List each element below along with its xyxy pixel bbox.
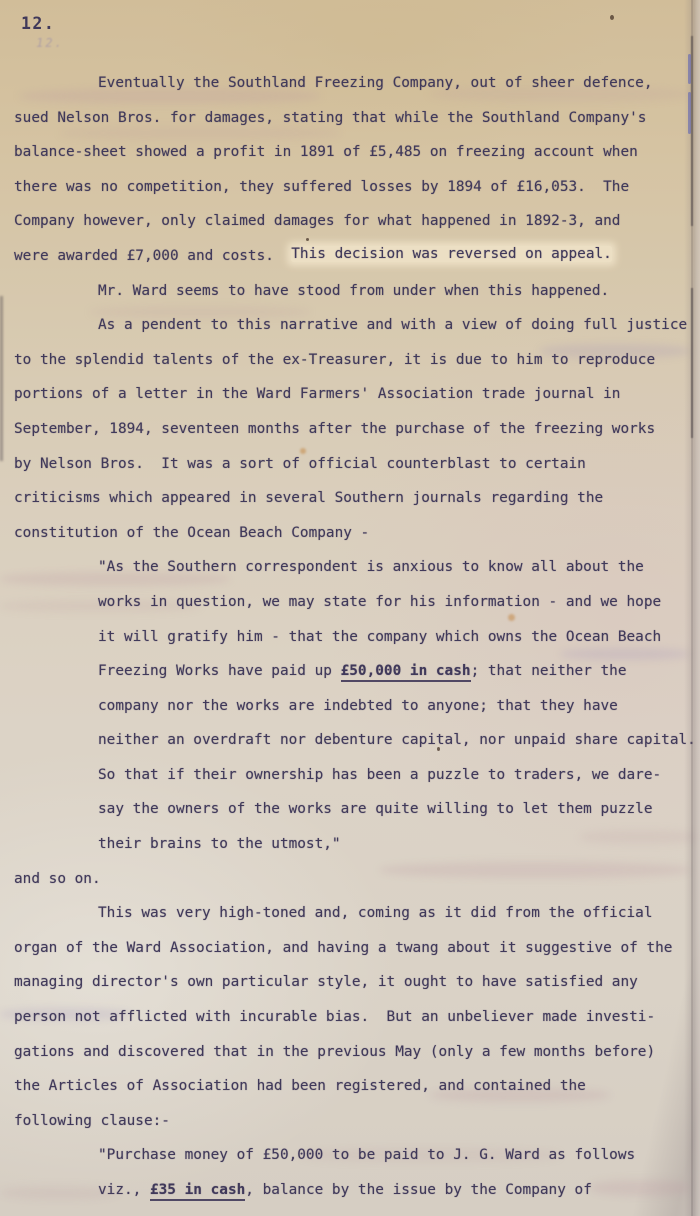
scanned-document-page: 12. 12. Eventually the Southland Freezin… xyxy=(0,0,700,1216)
text-segment: So that if their ownership has been a pu… xyxy=(98,767,661,783)
typewritten-text: Eventually the Southland Freezing Compan… xyxy=(14,66,700,1208)
text-line: September, 1894, seventeen months after … xyxy=(14,412,700,447)
text-segment: Freezing Works have paid up xyxy=(98,663,341,679)
text-segment: company nor the works are indebted to an… xyxy=(98,698,618,714)
text-line: Eventually the Southland Freezing Compan… xyxy=(14,66,700,101)
ink-speck xyxy=(437,747,440,751)
text-line: neither an overdraft nor debenture capit… xyxy=(14,723,700,758)
text-segment: criticisms which appeared in several Sou… xyxy=(14,490,603,506)
text-line: organ of the Ward Association, and havin… xyxy=(14,931,700,966)
paper-stain xyxy=(300,448,306,454)
text-segment: portions of a letter in the Ward Farmers… xyxy=(14,386,620,402)
page-edge-shadow-left xyxy=(0,296,3,461)
text-line: the Articles of Association had been reg… xyxy=(14,1069,700,1104)
ink-speck xyxy=(306,238,309,241)
text-segment: viz., xyxy=(98,1182,150,1198)
text-line: As a pendent to this narrative and with … xyxy=(14,308,700,343)
page-edge-line xyxy=(691,36,693,226)
margin-ink-dash xyxy=(688,92,691,134)
text-line: works in question, we may state for his … xyxy=(14,585,700,620)
text-segment: neither an overdraft nor debenture capit… xyxy=(98,732,696,748)
text-segment: works in question, we may state for his … xyxy=(98,594,661,610)
text-segment: following clause:- xyxy=(14,1113,170,1129)
text-segment: "Purchase money of £50,000 to be paid to… xyxy=(98,1147,635,1163)
underlined-amount: £35 in cash xyxy=(150,1182,245,1201)
text-segment: Eventually the Southland Freezing Compan… xyxy=(98,75,653,91)
underlined-amount: £50,000 in cash xyxy=(341,663,471,682)
margin-ink-dash xyxy=(688,54,691,84)
paper-stain xyxy=(508,614,515,621)
text-segment: , balance by the issue by the Company of xyxy=(245,1182,592,1198)
text-segment: "As the Southern correspondent is anxiou… xyxy=(98,559,644,575)
text-segment: there was no competition, they suffered … xyxy=(14,179,629,195)
text-line: managing director's own particular style… xyxy=(14,965,700,1000)
text-segment: it will gratify him - that the company w… xyxy=(98,629,661,645)
text-line: balance-sheet showed a profit in 1891 of… xyxy=(14,135,700,170)
text-segment: managing director's own particular style… xyxy=(14,974,638,990)
text-line: and so on. xyxy=(14,862,700,897)
text-line: So that if their ownership has been a pu… xyxy=(14,758,700,793)
text-line: viz., £35 in cash, balance by the issue … xyxy=(14,1173,700,1208)
text-line: company nor the works are indebted to an… xyxy=(14,689,700,724)
ink-speck xyxy=(610,15,614,20)
text-line: there was no competition, they suffered … xyxy=(14,170,700,205)
text-line: criticisms which appeared in several Sou… xyxy=(14,481,700,516)
text-line: say the owners of the works are quite wi… xyxy=(14,792,700,827)
page-number: 12. xyxy=(21,14,55,33)
text-segment: by Nelson Bros. It was a sort of officia… xyxy=(14,456,586,472)
text-line: following clause:- xyxy=(14,1104,700,1139)
text-segment: organ of the Ward Association, and havin… xyxy=(14,940,672,956)
text-line: person not afflicted with incurable bias… xyxy=(14,1000,700,1035)
text-line: it will gratify him - that the company w… xyxy=(14,620,700,655)
text-segment: ; that neither the xyxy=(471,663,627,679)
text-segment: person not afflicted with incurable bias… xyxy=(14,1009,655,1025)
text-line: were awarded £7,000 and costs. This deci… xyxy=(14,239,700,274)
text-line: constitution of the Ocean Beach Company … xyxy=(14,516,700,551)
text-line: by Nelson Bros. It was a sort of officia… xyxy=(14,447,700,482)
text-segment: say the owners of the works are quite wi… xyxy=(98,801,653,817)
text-segment: sued Nelson Bros. for damages, stating t… xyxy=(14,110,646,126)
text-line: "As the Southern correspondent is anxiou… xyxy=(14,550,700,585)
text-segment: their brains to the utmost," xyxy=(98,836,341,852)
text-segment: This was very high-toned and, coming as … xyxy=(98,905,653,921)
page-edge-line xyxy=(691,288,693,438)
text-segment: Company however, only claimed damages fo… xyxy=(14,213,620,229)
text-line: Mr. Ward seems to have stood from under … xyxy=(14,274,700,309)
text-segment: were awarded £7,000 and costs. xyxy=(14,248,291,264)
text-line: "Purchase money of £50,000 to be paid to… xyxy=(14,1138,700,1173)
text-segment: constitution of the Ocean Beach Company … xyxy=(14,525,369,541)
text-line: portions of a letter in the Ward Farmers… xyxy=(14,377,700,412)
text-segment: to the splendid talents of the ex-Treasu… xyxy=(14,352,655,368)
text-line: Company however, only claimed damages fo… xyxy=(14,204,700,239)
text-segment: balance-sheet showed a profit in 1891 of… xyxy=(14,144,638,160)
text-line: to the splendid talents of the ex-Treasu… xyxy=(14,343,700,378)
text-line: sued Nelson Bros. for damages, stating t… xyxy=(14,101,700,136)
text-segment: the Articles of Association had been reg… xyxy=(14,1078,586,1094)
page-number-carbon-ghost: 12. xyxy=(35,36,65,50)
typed-over-patch: This decision was reversed on appeal. xyxy=(291,246,612,262)
text-line: Freezing Works have paid up £50,000 in c… xyxy=(14,654,700,689)
text-segment: Mr. Ward seems to have stood from under … xyxy=(98,283,609,299)
text-segment: and so on. xyxy=(14,871,101,887)
text-segment: gations and discovered that in the previ… xyxy=(14,1044,655,1060)
text-segment: As a pendent to this narrative and with … xyxy=(98,317,687,333)
text-line: This was very high-toned and, coming as … xyxy=(14,896,700,931)
text-line: gations and discovered that in the previ… xyxy=(14,1035,700,1070)
text-segment: September, 1894, seventeen months after … xyxy=(14,421,655,437)
text-line: their brains to the utmost," xyxy=(14,827,700,862)
